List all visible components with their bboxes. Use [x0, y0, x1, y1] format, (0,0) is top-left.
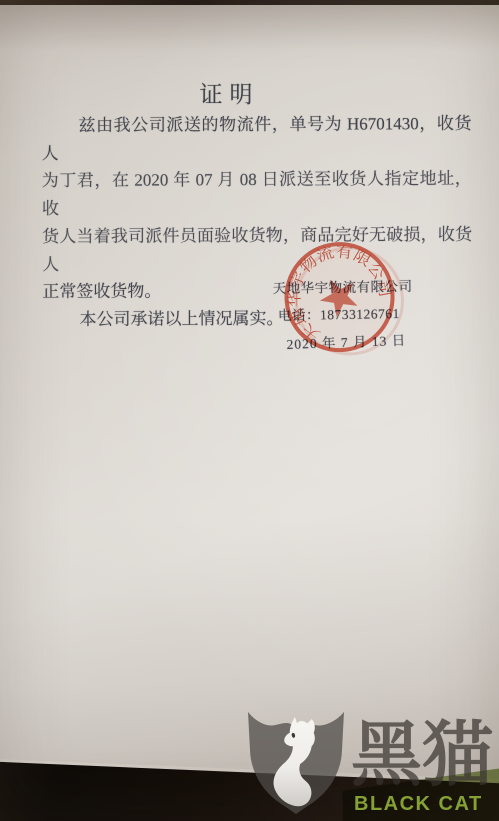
shield-badge-icon — [248, 708, 344, 820]
signature-block: 天地华宇物流有限公司 电话：18733126761 2020 年 7 月 13 … — [0, 0, 499, 821]
watermark-cn-text: 黑猫 — [351, 716, 493, 796]
document-photo: 证明 兹由我公司派送的物流件，单号为 H6701430，收货人 为丁君，在 20… — [0, 0, 499, 821]
watermark-en-text: BLACK CAT — [354, 793, 483, 816]
company-seal-stamp: 天地华宇物流有限公司 — [262, 220, 418, 376]
